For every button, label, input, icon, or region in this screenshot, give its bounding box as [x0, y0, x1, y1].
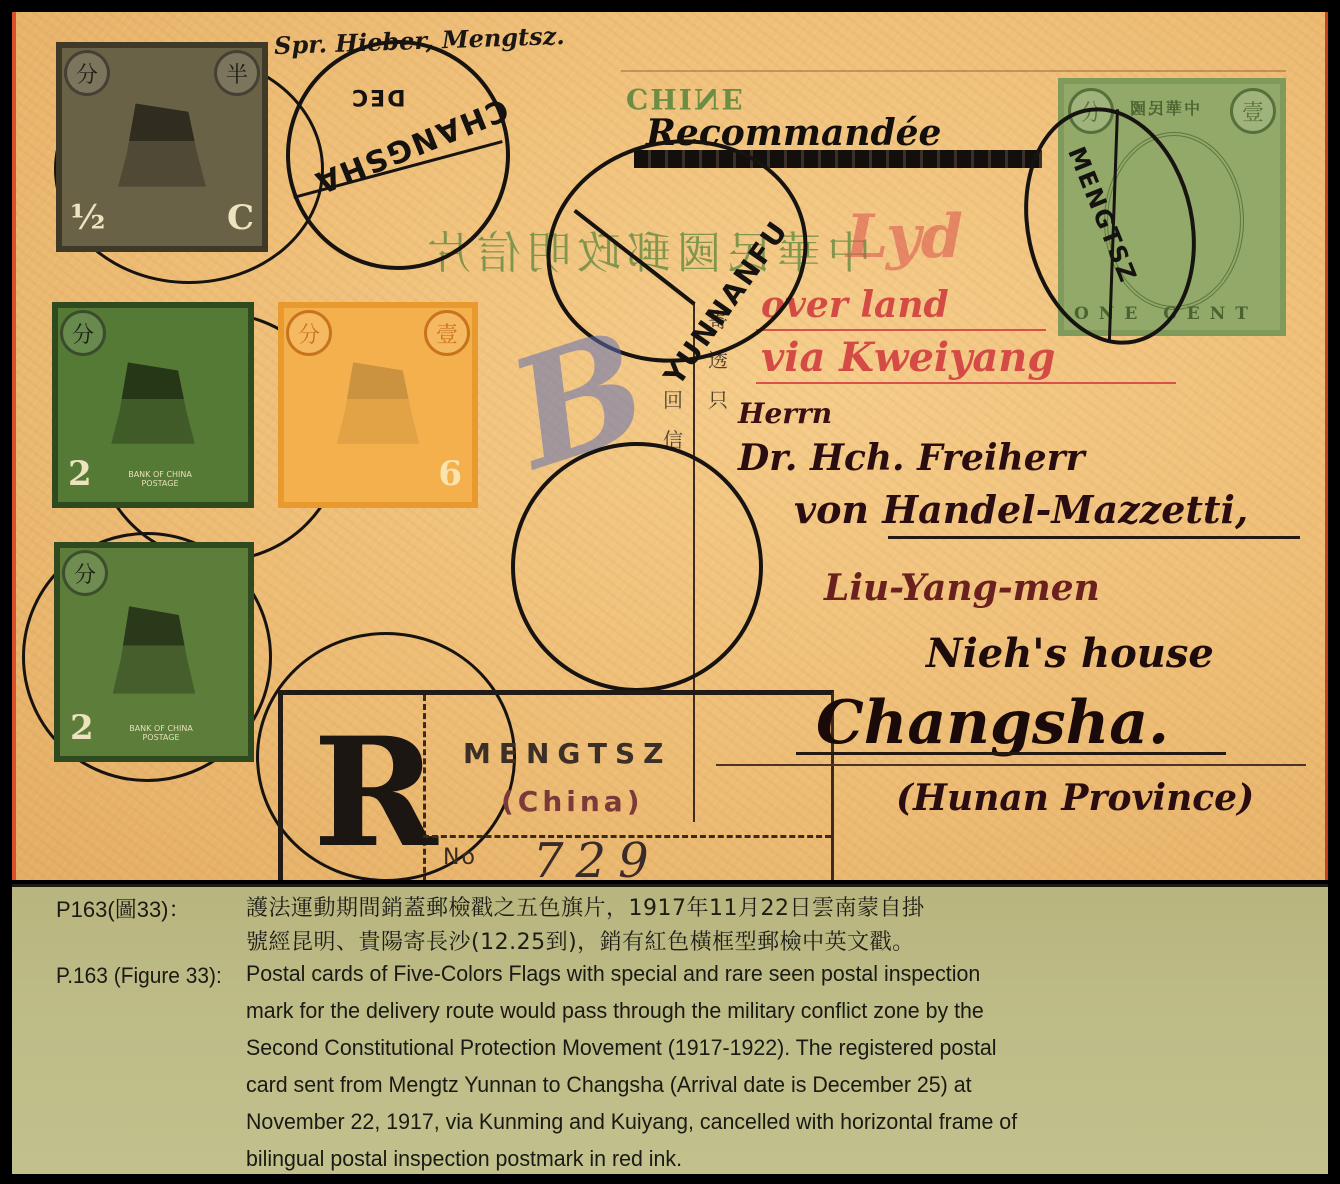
red-note-fragment: Lyd — [846, 202, 963, 272]
figure-caption: P163(圖33)： 護法運動期間銷蓋郵檢戳之五色旗片，1917年11月22日雲… — [12, 884, 1328, 1174]
address-underline — [888, 536, 1300, 539]
caption-en-line-3: Second Constitutional Protection Movemen… — [246, 1035, 997, 1061]
caption-en-line-6: bilingual postal inspection postmark in … — [246, 1146, 682, 1172]
registration-number-prefix: No — [443, 845, 477, 870]
stamp-two-cent-upper: 分 2 BANK OF CHINA POSTAGE — [52, 302, 254, 508]
address-line-1: Herrn — [738, 397, 832, 430]
caption-en-line-2: mark for the delivery route would pass t… — [246, 998, 984, 1024]
instruction-cn-3: 只 — [706, 382, 730, 418]
stamp-two-cent-lower: 分 2 BANK OF CHINA POSTAGE — [54, 542, 254, 762]
registration-country: (China) — [501, 785, 644, 818]
card-frame-line — [621, 70, 1286, 72]
caption-en-label: P.163 (Figure 33): — [56, 963, 222, 989]
address-line-5: Nieh's house — [926, 630, 1214, 677]
card-header-en: CHINE — [626, 82, 745, 115]
red-underline — [756, 382, 1176, 384]
address-line-4: Liu-Yang-men — [824, 567, 1100, 609]
caption-zh-line-1: 護法運動期間銷蓋郵檢戳之五色旗片，1917年11月22日雲南蒙自掛 — [246, 891, 924, 922]
postcard-photo: Spr. Hieber, Mengtsz. CHINE 中華民國郵政明信片 Re… — [12, 12, 1328, 880]
registration-office: MENGTSZ — [463, 737, 671, 770]
caption-zh-line-2: 號經昆明、貴陽寄長沙(12.25到)，銷有紅色橫框型郵檢中英文戳。 — [246, 925, 915, 956]
stamp-half-cent: 分 半 ½ C — [56, 42, 268, 252]
address-line-3: von Handel-Mazzetti, — [794, 487, 1248, 532]
caption-en-line-4: card sent from Mengtz Yunnan to Changsha… — [246, 1072, 972, 1098]
caption-en-line-5: November 22, 1917, via Kunming and Kuiya… — [246, 1109, 1017, 1135]
address-underline — [796, 752, 1226, 755]
route-note-via: via Kweiyang — [761, 334, 1055, 381]
stamp-corner-right: 壹 — [1230, 88, 1276, 134]
registration-letter: R — [313, 705, 438, 880]
address-line-7: (Hunan Province) — [896, 777, 1254, 819]
caption-zh-label: P163(圖33)： — [56, 893, 191, 924]
card-address-line — [716, 764, 1306, 766]
registration-number: 729 — [533, 833, 661, 880]
address-line-6: Changsha. — [816, 688, 1169, 758]
stamp-top-text: 中華民國 — [1128, 96, 1200, 119]
address-line-2: Dr. Hch. Freiherr — [738, 437, 1085, 479]
stamp-six-cent: 分 壹 6 — [278, 302, 478, 508]
registration-label: R MENGTSZ (China) No 729 — [278, 690, 834, 880]
red-underline — [756, 329, 1046, 331]
caption-en-line-1: Postal cards of Five-Colors Flags with s… — [246, 961, 980, 987]
